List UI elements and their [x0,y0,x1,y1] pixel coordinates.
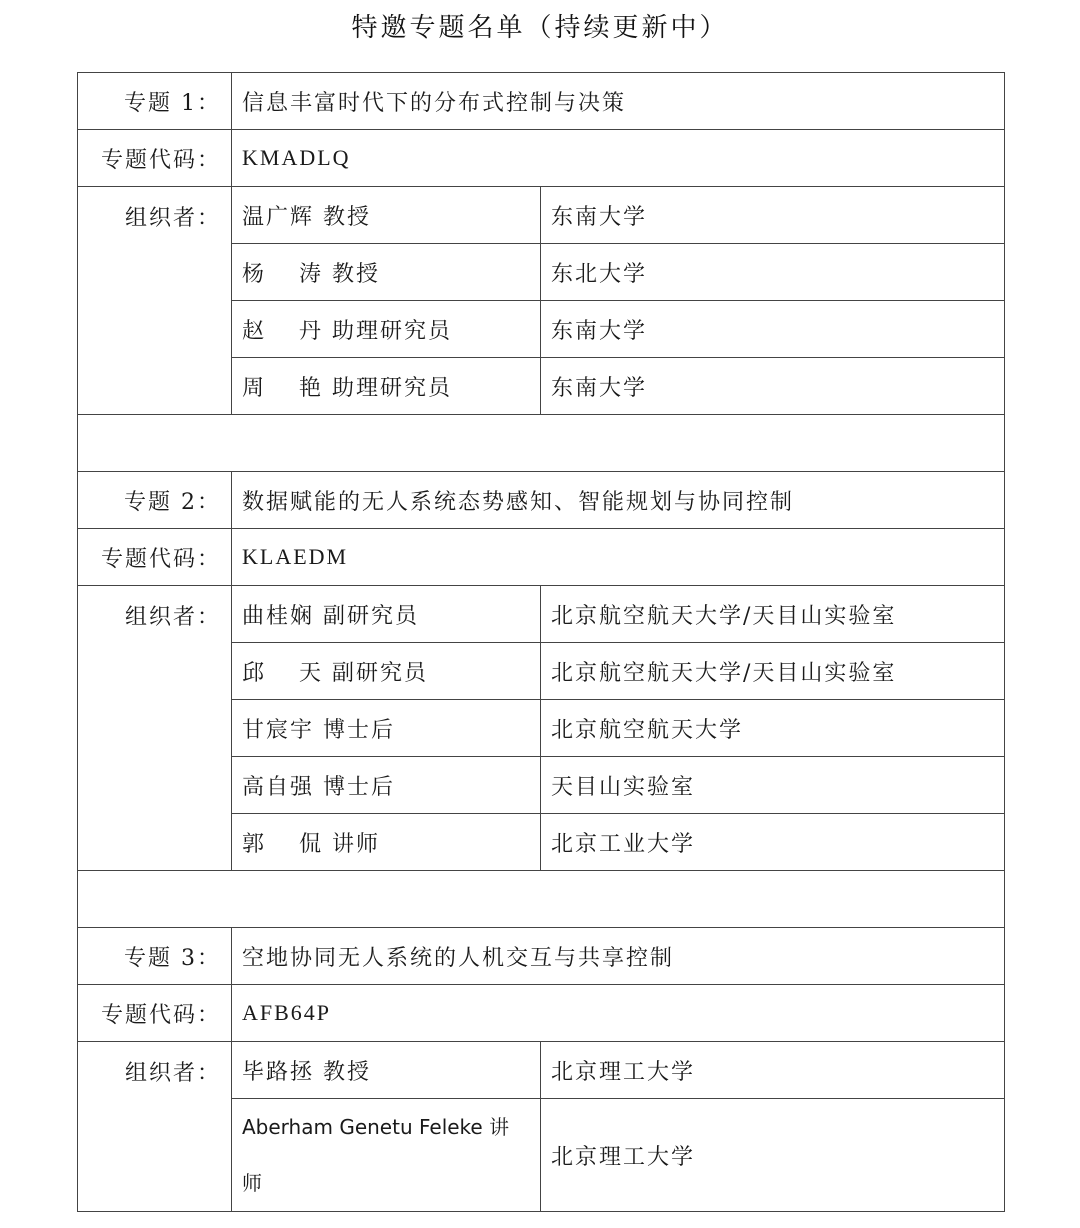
organizer-name: 赵 丹 助理研究员 [232,301,541,358]
organizers-label: 组织者： [78,187,232,415]
organizer-affiliation: 北京航空航天大学/天目山实验室 [541,586,1005,643]
organizer-name-line-1: Aberham Genetu Feleke 讲 [242,1099,530,1155]
topic-3-code: AFB64P [232,985,1005,1042]
spacer-cell [78,871,1005,928]
topic-2-title-row: 专题 2： 数据赋能的无人系统态势感知、智能规划与协同控制 [78,472,1005,529]
topic-1-title-row: 专题 1： 信息丰富时代下的分布式控制与决策 [78,73,1005,130]
spacer-row [78,871,1005,928]
organizer-name: 温广辉 教授 [232,187,541,244]
organizer-affiliation: 北京理工大学 [541,1042,1005,1099]
spacer-row [78,415,1005,472]
organizer-name: 甘宸宇 博士后 [232,700,541,757]
organizer-name: 杨 涛 教授 [232,244,541,301]
topic-3-label: 专题 3： [78,928,232,985]
page-title: 特邀专题名单（持续更新中） [0,10,1080,46]
organizer-affiliation: 天目山实验室 [541,757,1005,814]
organizer-name-line-2: 师 [242,1155,530,1211]
code-label: 专题代码： [78,130,232,187]
organizer-affiliation: 北京理工大学 [541,1099,1005,1212]
spacer-cell [78,415,1005,472]
topic-1-title: 信息丰富时代下的分布式控制与决策 [232,73,1005,130]
organizer-affiliation: 东南大学 [541,187,1005,244]
code-label: 专题代码： [78,985,232,1042]
topic-1-label: 专题 1： [78,73,232,130]
topic-2-code-row: 专题代码： KLAEDM [78,529,1005,586]
organizer-name: 高自强 博士后 [232,757,541,814]
topic-2-title: 数据赋能的无人系统态势感知、智能规划与协同控制 [232,472,1005,529]
organizer-name: 邱 天 副研究员 [232,643,541,700]
organizer-affiliation: 东北大学 [541,244,1005,301]
organizer-name: 郭 侃 讲师 [232,814,541,871]
topic-1-code: KMADLQ [232,130,1005,187]
organizer-affiliation: 北京工业大学 [541,814,1005,871]
organizers-label: 组织者： [78,1042,232,1212]
topic-1-code-row: 专题代码： KMADLQ [78,130,1005,187]
organizer-name: Aberham Genetu Feleke 讲 师 [232,1099,541,1212]
organizer-affiliation: 北京航空航天大学 [541,700,1005,757]
organizer-row: 组织者： 曲桂娴 副研究员 北京航空航天大学/天目山实验室 [78,586,1005,643]
topic-3-code-row: 专题代码： AFB64P [78,985,1005,1042]
topic-3-title: 空地协同无人系统的人机交互与共享控制 [232,928,1005,985]
organizer-name: 毕路拯 教授 [232,1042,541,1099]
organizer-affiliation: 东南大学 [541,358,1005,415]
topic-3-title-row: 专题 3： 空地协同无人系统的人机交互与共享控制 [78,928,1005,985]
organizer-affiliation: 东南大学 [541,301,1005,358]
organizer-affiliation: 北京航空航天大学/天目山实验室 [541,643,1005,700]
organizer-row: 组织者： 毕路拯 教授 北京理工大学 [78,1042,1005,1099]
organizer-name: 曲桂娴 副研究员 [232,586,541,643]
code-label: 专题代码： [78,529,232,586]
organizer-name: 周 艳 助理研究员 [232,358,541,415]
topic-2-label: 专题 2： [78,472,232,529]
organizer-row: 组织者： 温广辉 教授 东南大学 [78,187,1005,244]
topic-2-code: KLAEDM [232,529,1005,586]
organizers-label: 组织者： [78,586,232,871]
special-sessions-table: 专题 1： 信息丰富时代下的分布式控制与决策 专题代码： KMADLQ 组织者：… [77,72,1005,1212]
